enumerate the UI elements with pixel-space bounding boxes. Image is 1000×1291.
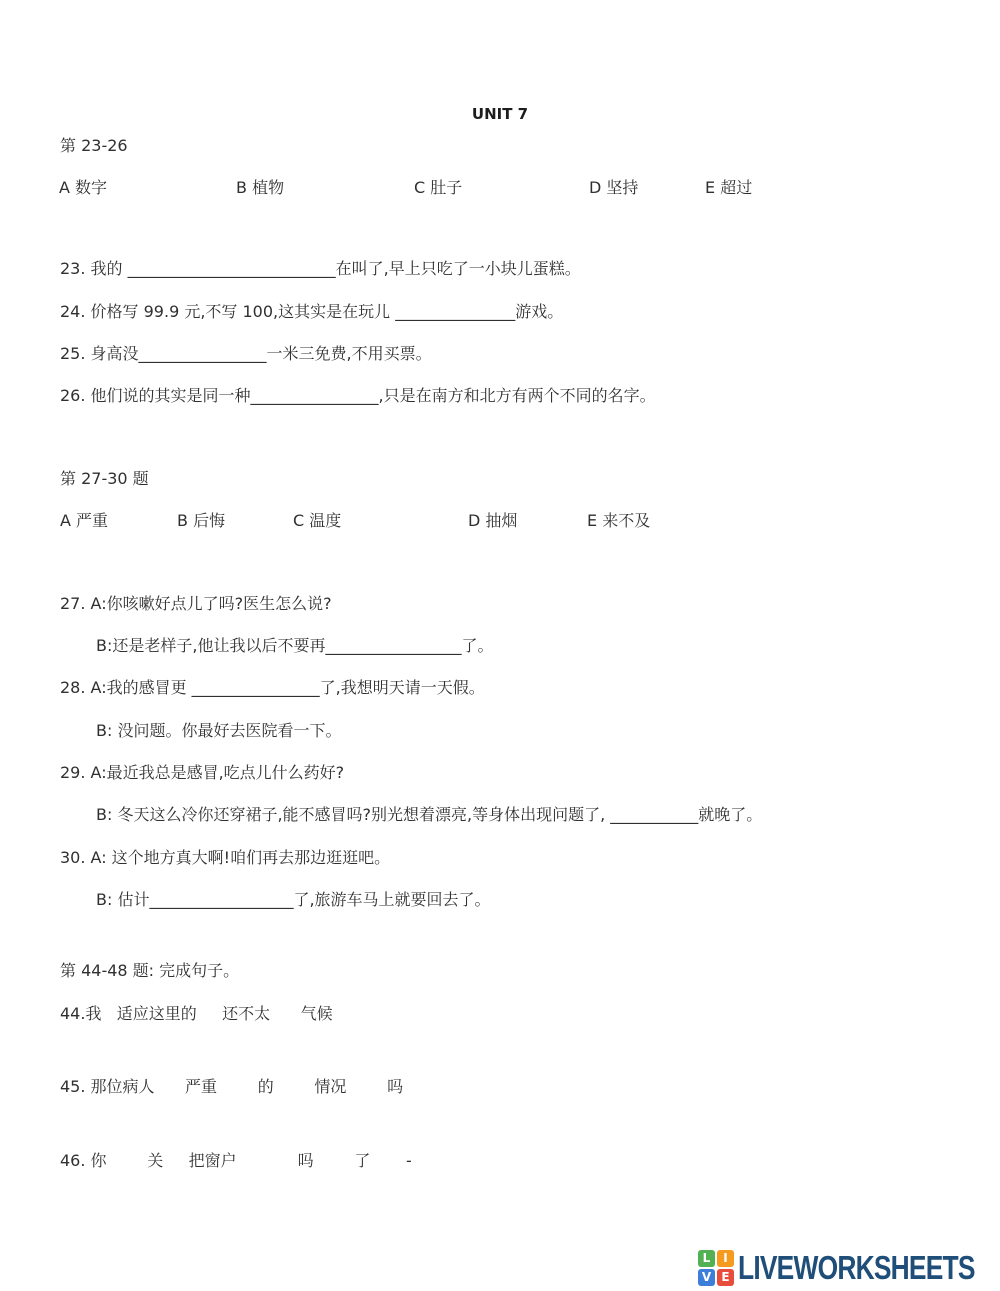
option-c-duzi: C 肚子 — [414, 178, 462, 198]
question-30-b: B: 估计__________________了,旅游车马上就要回去了。 — [96, 890, 491, 910]
logo-tile-v: V — [698, 1269, 715, 1286]
option-c-wendu: C 温度 — [293, 511, 341, 531]
option-e-laibuji: E 来不及 — [587, 511, 650, 531]
option-b-houhui: B 后悔 — [177, 511, 225, 531]
question-27-a: 27. A:你咳嗽好点儿了吗?医生怎么说? — [60, 594, 332, 614]
page-title: UNIT 7 — [0, 104, 1000, 124]
option-a-yanzhong: A 严重 — [60, 511, 108, 531]
question-26: 26. 他们说的其实是同一种________________,只是在南方和北方有… — [60, 386, 656, 406]
question-45: 45. 那位病人 严重 的 情况 吗 — [60, 1077, 403, 1097]
question-44: 44.我 适应这里的 还不太 气候 — [60, 1004, 333, 1024]
question-46: 46. 你 关 把窗户 吗 了 - — [60, 1151, 412, 1171]
logo-tile-i: I — [717, 1250, 734, 1267]
question-27-b: B:还是老样子,他让我以后不要再_________________了。 — [96, 636, 493, 656]
option-e-chaoguo: E 超过 — [705, 178, 752, 198]
logo-tile-l: L — [698, 1250, 715, 1267]
question-25: 25. 身高没________________一米三免费,不用买票。 — [60, 344, 432, 364]
option-d-chouyan: D 抽烟 — [468, 511, 517, 531]
question-29-b: B: 冬天这么冷你还穿裙子,能不感冒吗?别光想着漂亮,等身体出现问题了, ___… — [96, 805, 762, 825]
option-a-shuzi: A 数字 — [59, 178, 107, 198]
question-28-b: B: 没问题。你最好去医院看一下。 — [96, 721, 341, 741]
question-29-a: 29. A:最近我总是感冒,吃点儿什么药好? — [60, 763, 344, 783]
option-d-jianchi: D 坚持 — [589, 178, 638, 198]
option-b-zhiwu: B 植物 — [236, 178, 284, 198]
section-23-26-heading: 第 23-26 — [60, 136, 128, 156]
question-30-a: 30. A: 这个地方真大啊!咱们再去那边逛逛吧。 — [60, 848, 390, 868]
worksheet-page: UNIT 7 第 23-26 A 数字 B 植物 C 肚子 D 坚持 E 超过 … — [0, 0, 1000, 1291]
section-44-48-heading: 第 44-48 题: 完成句子。 — [60, 961, 239, 981]
question-23: 23. 我的 __________________________在叫了,早上只… — [60, 259, 581, 279]
question-28-a: 28. A:我的感冒更 ________________了,我想明天请一天假。 — [60, 678, 485, 698]
liveworksheets-wordmark: LIVEWORKSHEETS — [738, 1249, 975, 1287]
logo-tile-e: E — [717, 1269, 734, 1286]
liveworksheets-logo[interactable]: L I V E LIVEWORKSHEETS — [698, 1249, 1000, 1287]
liveworksheets-icon: L I V E — [698, 1250, 735, 1287]
question-24: 24. 价格写 99.9 元,不写 100,这其实是在玩儿 __________… — [60, 302, 563, 322]
section-27-30-heading: 第 27-30 题 — [60, 469, 149, 489]
